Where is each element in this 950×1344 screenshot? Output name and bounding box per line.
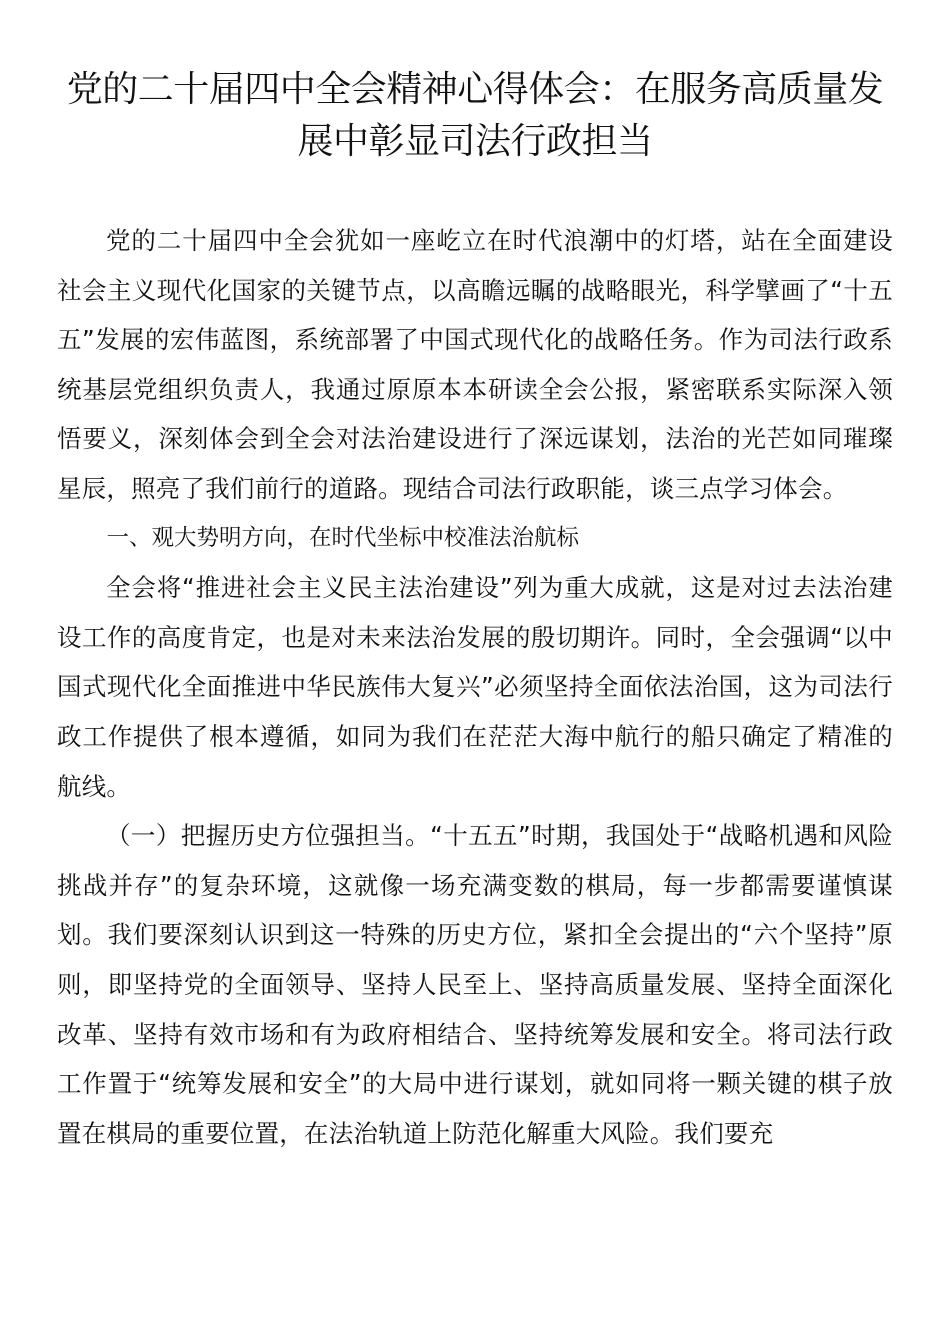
document-body: 党的二十届四中全会犹如一座屹立在时代浪潮中的灯塔，站在全面建设社会主义现代化国家… <box>57 216 893 1158</box>
document-page: 党的二十届四中全会精神心得体会：在服务高质量发展中彰显司法行政担当 党的二十届四… <box>57 64 893 1158</box>
document-title: 党的二十届四中全会精神心得体会：在服务高质量发展中彰显司法行政担当 <box>57 64 893 168</box>
section-1-paragraph: 全会将“推进社会主义民主法治建设”列为重大成就，这是对过去法治建设工作的高度肯定… <box>57 563 893 811</box>
subsection-1-paragraph: （一）把握历史方位强担当。“十五五”时期，我国处于“战略机遇和风险挑战并存”的复… <box>57 811 893 1158</box>
section-heading-1: 一、观大势明方向，在时代坐标中校准法治航标 <box>57 514 893 564</box>
intro-paragraph: 党的二十届四中全会犹如一座屹立在时代浪潮中的灯塔，站在全面建设社会主义现代化国家… <box>57 216 893 514</box>
